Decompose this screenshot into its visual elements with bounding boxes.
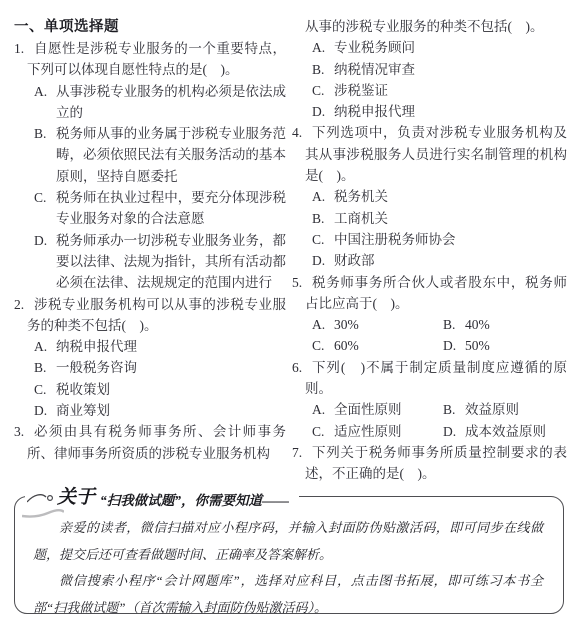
option-text: 税务师承办一切涉税专业服务业务，都要以法律、法规为指针，其所有活动都必须在法律、… [56, 233, 286, 291]
scan-box-title: 关于 “扫我做试题”，你需要知道—— [25, 483, 299, 511]
option-label: B. [443, 399, 455, 420]
question: 7.下列关于税务师事务所质量控制要求的表述，不正确的是( )。 [292, 442, 567, 485]
option-text: 纳税申报代理 [334, 104, 415, 119]
option-text: 财政部 [334, 253, 375, 268]
options-list: A.专业税务顾问B.纳税情况审查C.涉税鉴证D.纳税申报代理 [305, 37, 567, 122]
question-number: 2. [14, 294, 24, 315]
option: B.工商机关 [312, 208, 567, 229]
exam-page: 一、单项选择题 1.自愿性是涉税专业服务的一个重要特点，下列可以体现自愿性特点的… [0, 0, 579, 624]
option: C.税收策划 [34, 379, 286, 400]
section-heading: 一、单项选择题 [14, 16, 286, 38]
option: C.中国注册税务师协会 [312, 229, 567, 250]
question: 4.下列选项中，负责对涉税专业服务机构及其从事涉税服务人员进行实名制管理的机构是… [292, 122, 567, 271]
title-underline-swoosh-icon [22, 509, 64, 518]
question-number: 5. [292, 272, 302, 293]
option: A.30% [312, 314, 436, 335]
option-label: C. [312, 335, 324, 356]
option-text: 涉税鉴证 [334, 83, 388, 98]
option: C.涉税鉴证 [312, 80, 567, 101]
option: D.50% [443, 335, 567, 356]
question-number: 1. [14, 38, 24, 59]
options-list: A.从事涉税专业服务的机构必须是依法成立的B.税务师从事的业务属于涉税专业服务范… [27, 81, 286, 294]
option-text: 60% [334, 338, 359, 353]
option: B.一般税务咨询 [34, 357, 286, 378]
question-stem: 涉税专业服务机构可以从事的涉税专业服务的种类不包括( )。 [27, 294, 286, 337]
option: B.纳税情况审查 [312, 59, 567, 80]
option-label: A. [312, 37, 325, 58]
option-text: 从事涉税专业服务的机构必须是依法成立的 [56, 84, 286, 120]
question-stem: 下列( )不属于制定质量制度应遵循的原则。 [305, 357, 567, 400]
option-text: 税务师从事的业务属于涉税专业服务范畴，必须依照民法有关服务活动的基本原则，坚持自… [56, 126, 286, 184]
option-label: B. [34, 123, 46, 144]
options-list: A.全面性原则B.效益原则C.适应性原则D.成本效益原则 [305, 399, 567, 442]
question-stem: 从事的涉税专业服务的种类不包括( )。 [305, 16, 567, 37]
scan-box-body: 亲爱的读者，微信扫描对应小程序码，并输入封面防伪贴激活码，即可同步在线做题，提交… [15, 497, 563, 621]
option: C.税务师在执业过程中，要充分体现涉税专业服务对象的合法意愿 [34, 187, 286, 230]
option: A.从事涉税专业服务的机构必须是依法成立的 [34, 81, 286, 124]
option-label: C. [312, 421, 324, 442]
option-text: 一般税务咨询 [56, 360, 137, 375]
question: 6.下列( )不属于制定质量制度应遵循的原则。A.全面性原则B.效益原则C.适应… [292, 357, 567, 442]
option-label: B. [312, 208, 324, 229]
options-list: A.税务机关B.工商机关C.中国注册税务师协会D.财政部 [305, 186, 567, 271]
scan-box-title-rest: “扫我做试题”，你需要知道—— [100, 486, 289, 509]
option-text: 纳税申报代理 [56, 339, 137, 354]
question-continuation: 从事的涉税专业服务的种类不包括( )。A.专业税务顾问B.纳税情况审查C.涉税鉴… [292, 16, 567, 122]
option-label: C. [34, 187, 46, 208]
option-text: 税收策划 [56, 382, 110, 397]
question-number: 6. [292, 357, 302, 378]
option-label: B. [34, 357, 46, 378]
option: D.纳税申报代理 [312, 101, 567, 122]
option: D.成本效益原则 [443, 421, 567, 442]
option-text: 商业筹划 [56, 403, 110, 418]
options-list: A.纳税申报代理B.一般税务咨询C.税收策划D.商业筹划 [27, 336, 286, 421]
option-label: D. [443, 335, 456, 356]
connector-swoosh-icon [27, 490, 54, 505]
option-label: D. [34, 400, 47, 421]
question-stem: 自愿性是涉税专业服务的一个重要特点，下列可以体现自愿性特点的是( )。 [27, 38, 286, 81]
option-label: C. [312, 229, 324, 250]
question-number: 3. [14, 421, 24, 442]
option: B.效益原则 [443, 399, 567, 420]
option-label: D. [312, 250, 325, 271]
question: 2.涉税专业服务机构可以从事的涉税专业服务的种类不包括( )。A.纳税申报代理B… [14, 294, 286, 422]
scan-box-title-lead: 关于 [57, 488, 95, 507]
option-text: 税务机关 [334, 189, 388, 204]
scan-box-paragraph: 微信搜索小程序“会计网题库”，选择对应科目，点击图书拓展，即可练习本书全部“扫我… [33, 568, 543, 621]
scan-box-paragraph: 亲爱的读者，微信扫描对应小程序码，并输入封面防伪贴激活码，即可同步在线做题，提交… [33, 515, 543, 568]
question-stem: 下列关于税务师事务所质量控制要求的表述，不正确的是( )。 [305, 442, 567, 485]
option-text: 税务师在执业过程中，要充分体现涉税专业服务对象的合法意愿 [56, 190, 286, 226]
option-text: 工商机关 [334, 211, 388, 226]
option: D.税务师承办一切涉税专业服务业务，都要以法律、法规为指针，其所有活动都必须在法… [34, 230, 286, 294]
option-label: C. [312, 80, 324, 101]
option: A.税务机关 [312, 186, 567, 207]
option-text: 30% [334, 317, 359, 332]
option: D.商业筹划 [34, 400, 286, 421]
option: A.纳税申报代理 [34, 336, 286, 357]
question-stem: 必须由具有税务师事务所、会计师事务所、律师事务所资质的涉税专业服务机构 [27, 421, 286, 464]
options-list: A.30%B.40%C.60%D.50% [305, 314, 567, 357]
option: C.适应性原则 [312, 421, 436, 442]
option-label: D. [34, 230, 47, 251]
questions-right-blocks: 从事的涉税专业服务的种类不包括( )。A.专业税务顾问B.纳税情况审查C.涉税鉴… [292, 16, 567, 485]
option-text: 中国注册税务师协会 [334, 232, 456, 247]
question-number: 4. [292, 122, 302, 143]
option-text: 成本效益原则 [465, 424, 546, 439]
option: A.专业税务顾问 [312, 37, 567, 58]
option-text: 50% [465, 338, 490, 353]
question: 5.税务师事务所合伙人或者股东中，税务师占比应高于( )。A.30%B.40%C… [292, 272, 567, 357]
option-label: A. [34, 336, 47, 357]
option-text: 专业税务顾问 [334, 40, 415, 55]
scan-box: 关于 “扫我做试题”，你需要知道—— 亲爱的读者，微信扫描对应小程序码，并输入封… [14, 496, 564, 614]
questions-area: 一、单项选择题 1.自愿性是涉税专业服务的一个重要特点，下列可以体现自愿性特点的… [14, 16, 567, 485]
option: A.全面性原则 [312, 399, 436, 420]
option-text: 40% [465, 317, 490, 332]
option-label: B. [443, 314, 455, 335]
option-text: 纳税情况审查 [334, 62, 415, 77]
option: B.40% [443, 314, 567, 335]
option-label: B. [312, 59, 324, 80]
option-label: D. [443, 421, 456, 442]
option-label: C. [34, 379, 46, 400]
question-stem: 税务师事务所合伙人或者股东中，税务师占比应高于( )。 [305, 272, 567, 315]
questions-left-blocks: 1.自愿性是涉税专业服务的一个重要特点，下列可以体现自愿性特点的是( )。A.从… [14, 38, 286, 464]
option-label: D. [312, 101, 325, 122]
question: 1.自愿性是涉税专业服务的一个重要特点，下列可以体现自愿性特点的是( )。A.从… [14, 38, 286, 294]
option-text: 效益原则 [465, 402, 519, 417]
option-text: 适应性原则 [334, 424, 402, 439]
questions-column-left: 一、单项选择题 1.自愿性是涉税专业服务的一个重要特点，下列可以体现自愿性特点的… [14, 16, 286, 485]
question-number: 7. [292, 442, 302, 463]
option-label: A. [312, 314, 325, 335]
option: C.60% [312, 335, 436, 356]
option-text: 全面性原则 [334, 402, 402, 417]
question-stem: 下列选项中，负责对涉税专业服务机构及其从事涉税服务人员进行实名制管理的机构是( … [305, 122, 567, 186]
option: B.税务师从事的业务属于涉税专业服务范畴，必须依照民法有关服务活动的基本原则，坚… [34, 123, 286, 187]
option-label: A. [312, 399, 325, 420]
option: D.财政部 [312, 250, 567, 271]
questions-column-right: 从事的涉税专业服务的种类不包括( )。A.专业税务顾问B.纳税情况审查C.涉税鉴… [292, 16, 567, 485]
option-label: A. [34, 81, 47, 102]
option-label: A. [312, 186, 325, 207]
question: 3.必须由具有税务师事务所、会计师事务所、律师事务所资质的涉税专业服务机构 [14, 421, 286, 464]
